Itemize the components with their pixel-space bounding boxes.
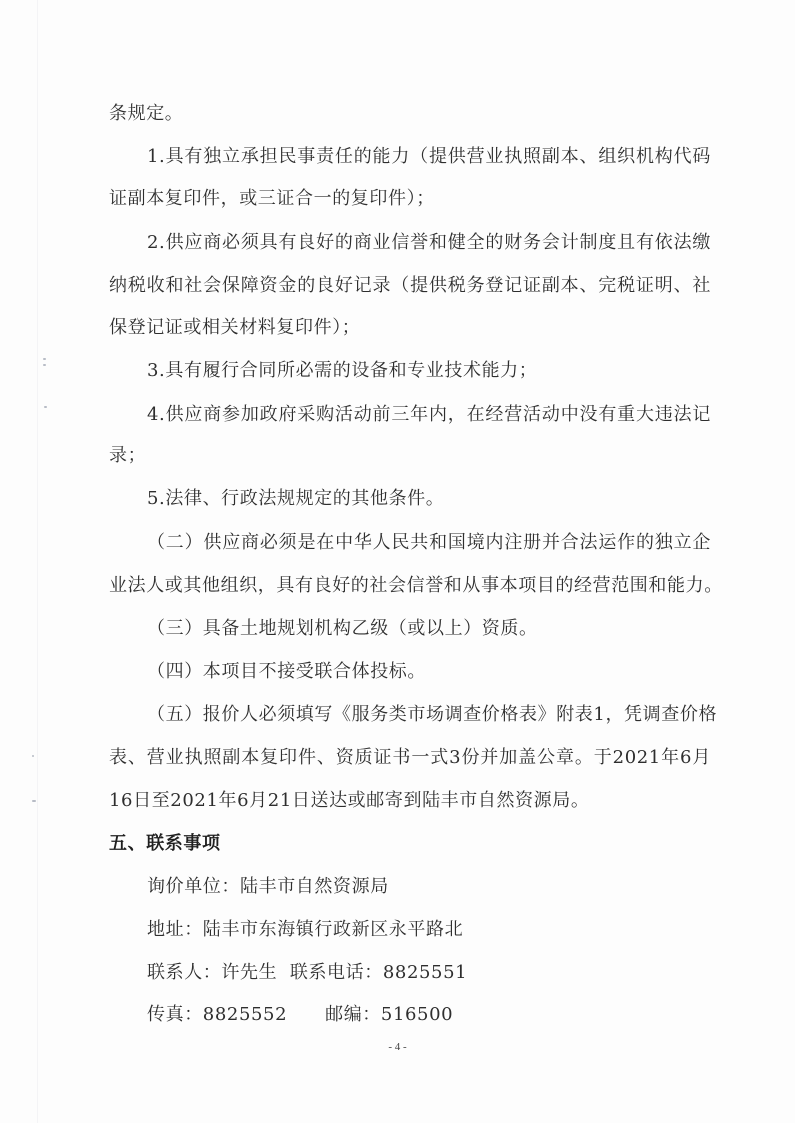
- clause-five-line: 表、营业执照副本复印件、资质证书一式3份并加盖公章。于2021年6月: [109, 747, 711, 769]
- clause-five-line: （五）报价人必须填写《服务类市场调查价格表》附表1，凭调查价格: [147, 704, 711, 726]
- clause-two-line: （二）供应商必须是在中华人民共和国境内注册并合法运作的独立企: [147, 532, 711, 554]
- requirement-1-line: 证副本复印件，或三证合一的复印件）；: [109, 188, 435, 210]
- scan-speck: [43, 358, 46, 360]
- scan-speck: [44, 406, 47, 408]
- clause-four-line: （四）本项目不接受联合体投标。: [147, 661, 426, 683]
- requirement-2-line: 保登记证或相关材料复印件）；: [109, 317, 360, 339]
- document-page: 条规定。 1.具有独立承担民事责任的能力（提供营业执照副本、组织机构代码 证副本…: [0, 0, 795, 1123]
- requirement-1-line: 1.具有独立承担民事责任的能力（提供营业执照副本、组织机构代码: [147, 146, 711, 168]
- requirement-2-line: 2.供应商必须具有良好的商业信誉和健全的财务会计制度且有依法缴: [147, 232, 711, 254]
- clause-three-line: （三）具备土地规划机构乙级（或以上）资质。: [147, 618, 538, 640]
- scan-speck: [43, 364, 46, 366]
- scan-speck: [32, 800, 36, 802]
- inquiry-unit: 询价单位：陆丰市自然资源局: [147, 876, 389, 898]
- requirement-2-line: 纳税收和社会保障资金的良好记录（提供税务登记证副本、完税证明、社: [109, 275, 711, 297]
- contact-info: 联系人：许先生 联系电话：8825551: [147, 962, 467, 984]
- fax-postcode: 传真：8825552 邮编：516500: [147, 1004, 453, 1026]
- clause-five-line: 16日至2021年6月21日送达或邮寄到陆丰市自然资源局。: [109, 790, 589, 812]
- page-number: - 4 -: [0, 1041, 795, 1053]
- address: 地址：陆丰市东海镇行政新区永平路北: [147, 919, 463, 941]
- requirement-3-line: 3.具有履行合同所必需的设备和专业技术能力；: [147, 360, 537, 382]
- scan-margin-line: [37, 0, 38, 1123]
- clause-two-line: 业法人或其他组织，具有良好的社会信誉和从事本项目的经营范围和能力。: [109, 575, 711, 597]
- requirement-5-line: 5.法律、行政法规规定的其他条件。: [147, 488, 444, 510]
- paragraph-line: 条规定。: [109, 103, 183, 125]
- section-heading: 五、联系事项: [109, 833, 221, 855]
- scan-speck: [32, 755, 34, 757]
- requirement-4-line: 4.供应商参加政府采购活动前三年内，在经营活动中没有重大违法记: [147, 404, 711, 426]
- requirement-4-line: 录；: [109, 445, 146, 467]
